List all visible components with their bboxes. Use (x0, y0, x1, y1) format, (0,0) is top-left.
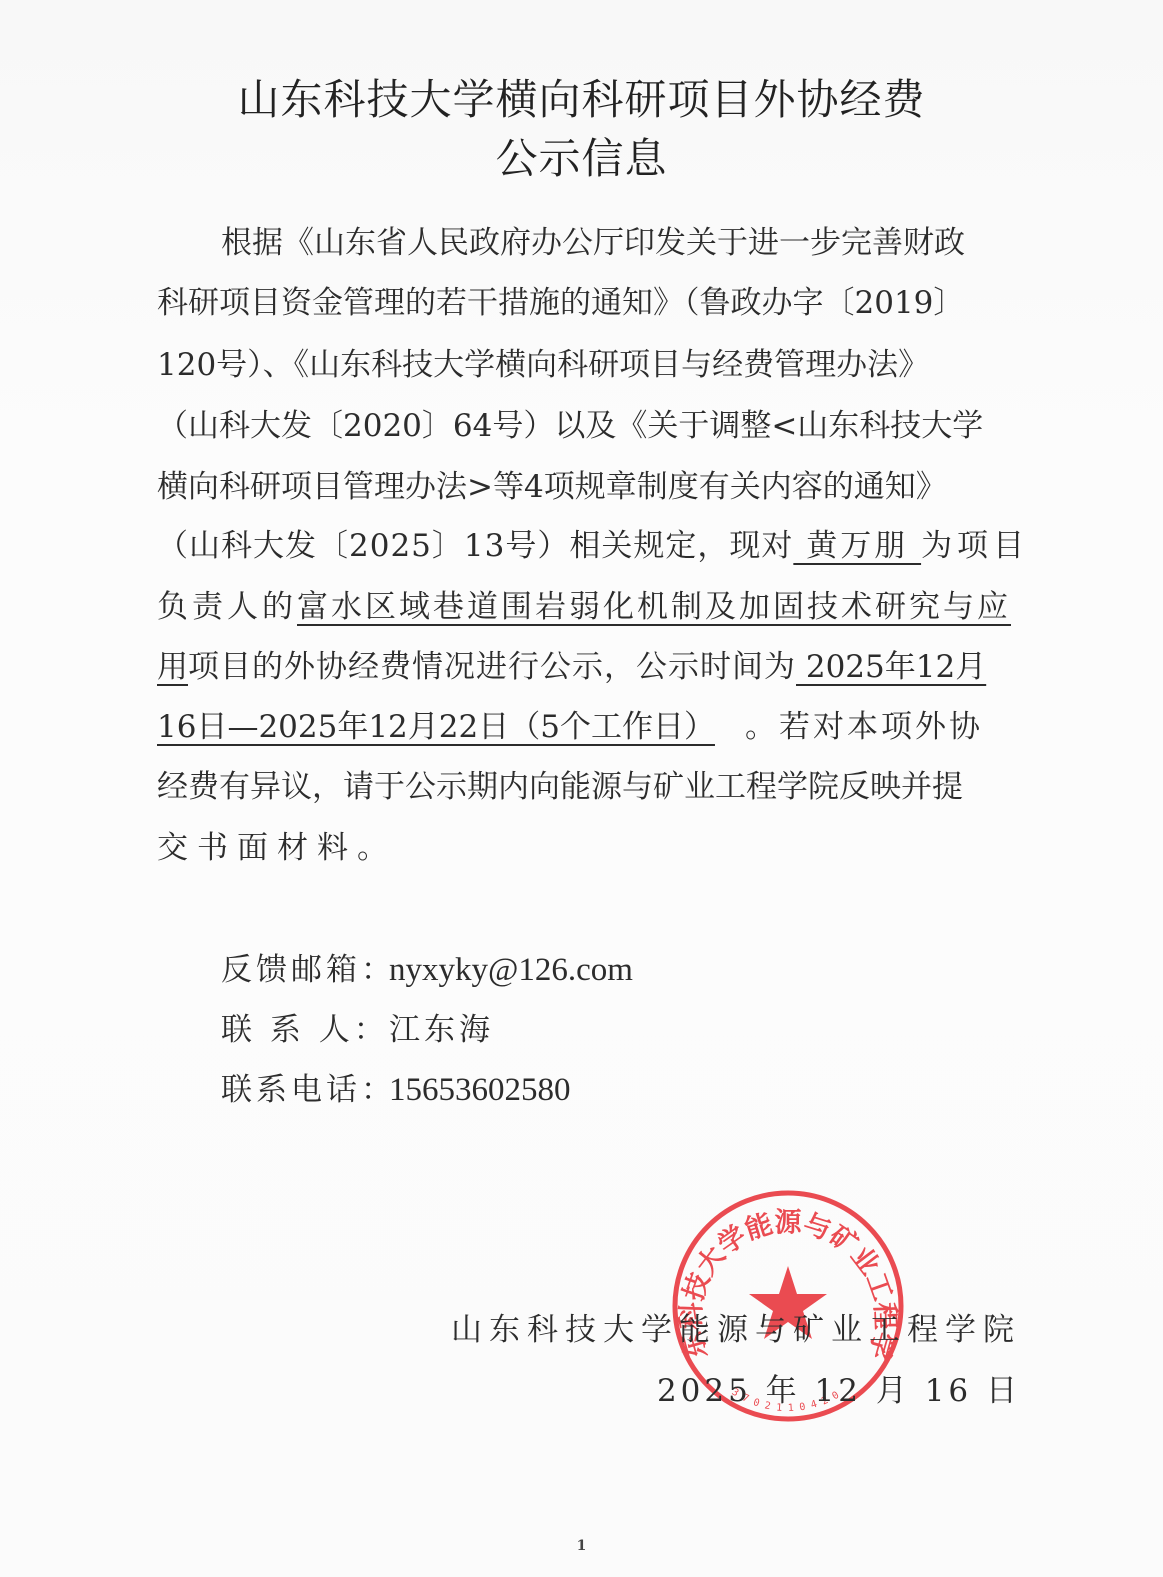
body-text: 经费有异议，请于公示期内向能源与矿业工程学院反映并提 (157, 767, 963, 807)
body-text: 横向科研项目管理办法>等4项规章制度有关内容的通知》 (157, 467, 947, 507)
body-line-7: 负责人的 富水区域巷道围岩弱化机制及加固技术研究与应 (157, 587, 1025, 627)
body-text: 负责人的 (157, 587, 297, 627)
body-text: 项目的外协经费情况进行公示，公示时间为 (188, 647, 796, 687)
document-page: 山东科技大学横向科研项目外协经费 公示信息 根据《山东省人民政府办公厅印发关于进… (0, 0, 1163, 1577)
document-title-line-1: 山东科技大学横向科研项目外协经费 (0, 75, 1163, 125)
body-line-2: 科研项目资金管理的若干措施的通知》（鲁政办字〔2019〕 (157, 283, 1025, 323)
body-text: （山科大发〔2020〕64号）以及《关于调整<山东科技大学 (157, 406, 983, 446)
feedback-email-label: 反馈邮箱： (221, 950, 389, 990)
project-name: 富水区域巷道围岩弱化机制及加固技术研究与应 (297, 587, 1011, 627)
body-text: 为项目 (921, 526, 1029, 566)
body-text: 根据《山东省人民政府办公厅印发关于进一步完善财政 (221, 223, 965, 263)
project-name-end: 用 (157, 647, 188, 687)
feedback-email-row: 反馈邮箱：nyxyky@126.com (221, 950, 633, 990)
body-text: 。若对本项外协 (745, 707, 983, 747)
signing-organization: 山东科技大学能源与矿业工程学院 (451, 1310, 1021, 1350)
publicity-period-start: 2025年12月 (796, 647, 986, 687)
body-line-9: 16日—2025年12月22日（5个工作日） 。若对本项外协 (157, 707, 1025, 747)
body-line-6: （山科大发〔2025〕13号）相关规定，现对 黄万朋 为项目 (157, 526, 1025, 566)
page-number: 1 (0, 1538, 1163, 1554)
publicity-period-end: 16日—2025年12月22日（5个工作日） (157, 707, 745, 747)
contact-person-value: 江东海 (389, 1012, 494, 1048)
body-text: 科研项目资金管理的若干措施的通知》（鲁政办字〔2019〕 (157, 283, 964, 323)
contact-person-row: 联 系 人：江东海 (221, 1010, 494, 1050)
contact-phone-label: 联系电话： (221, 1070, 389, 1110)
body-line-8: 用 项目的外协经费情况进行公示，公示时间为 2025年12月 (157, 647, 1025, 687)
contact-phone-value: 15653602580 (389, 1072, 571, 1108)
body-line-1: 根据《山东省人民政府办公厅印发关于进一步完善财政 (221, 223, 1025, 263)
contact-person-label: 联 系 人： (221, 1010, 389, 1050)
document-title-line-2: 公示信息 (0, 134, 1163, 184)
signing-date: 2025 年 12 月 16 日 (657, 1371, 1021, 1411)
body-text: 交书面材料。 (157, 828, 397, 868)
project-leader-name: 黄万朋 (793, 526, 921, 566)
body-line-4: （山科大发〔2020〕64号）以及《关于调整<山东科技大学 (157, 406, 1025, 446)
body-line-11: 交书面材料。 (157, 828, 1025, 868)
body-line-3: 120号）、《山东科技大学横向科研项目与经费管理办法》 (157, 345, 1025, 385)
body-text: （山科大发〔2025〕13号）相关规定，现对 (157, 526, 793, 566)
contact-phone-row: 联系电话：15653602580 (221, 1070, 571, 1110)
body-text: 120号）、《山东科技大学横向科研项目与经费管理办法》 (157, 345, 929, 385)
body-line-5: 横向科研项目管理办法>等4项规章制度有关内容的通知》 (157, 467, 1025, 507)
body-line-10: 经费有异议，请于公示期内向能源与矿业工程学院反映并提 (157, 767, 1025, 807)
feedback-email-value[interactable]: nyxyky@126.com (389, 952, 633, 988)
